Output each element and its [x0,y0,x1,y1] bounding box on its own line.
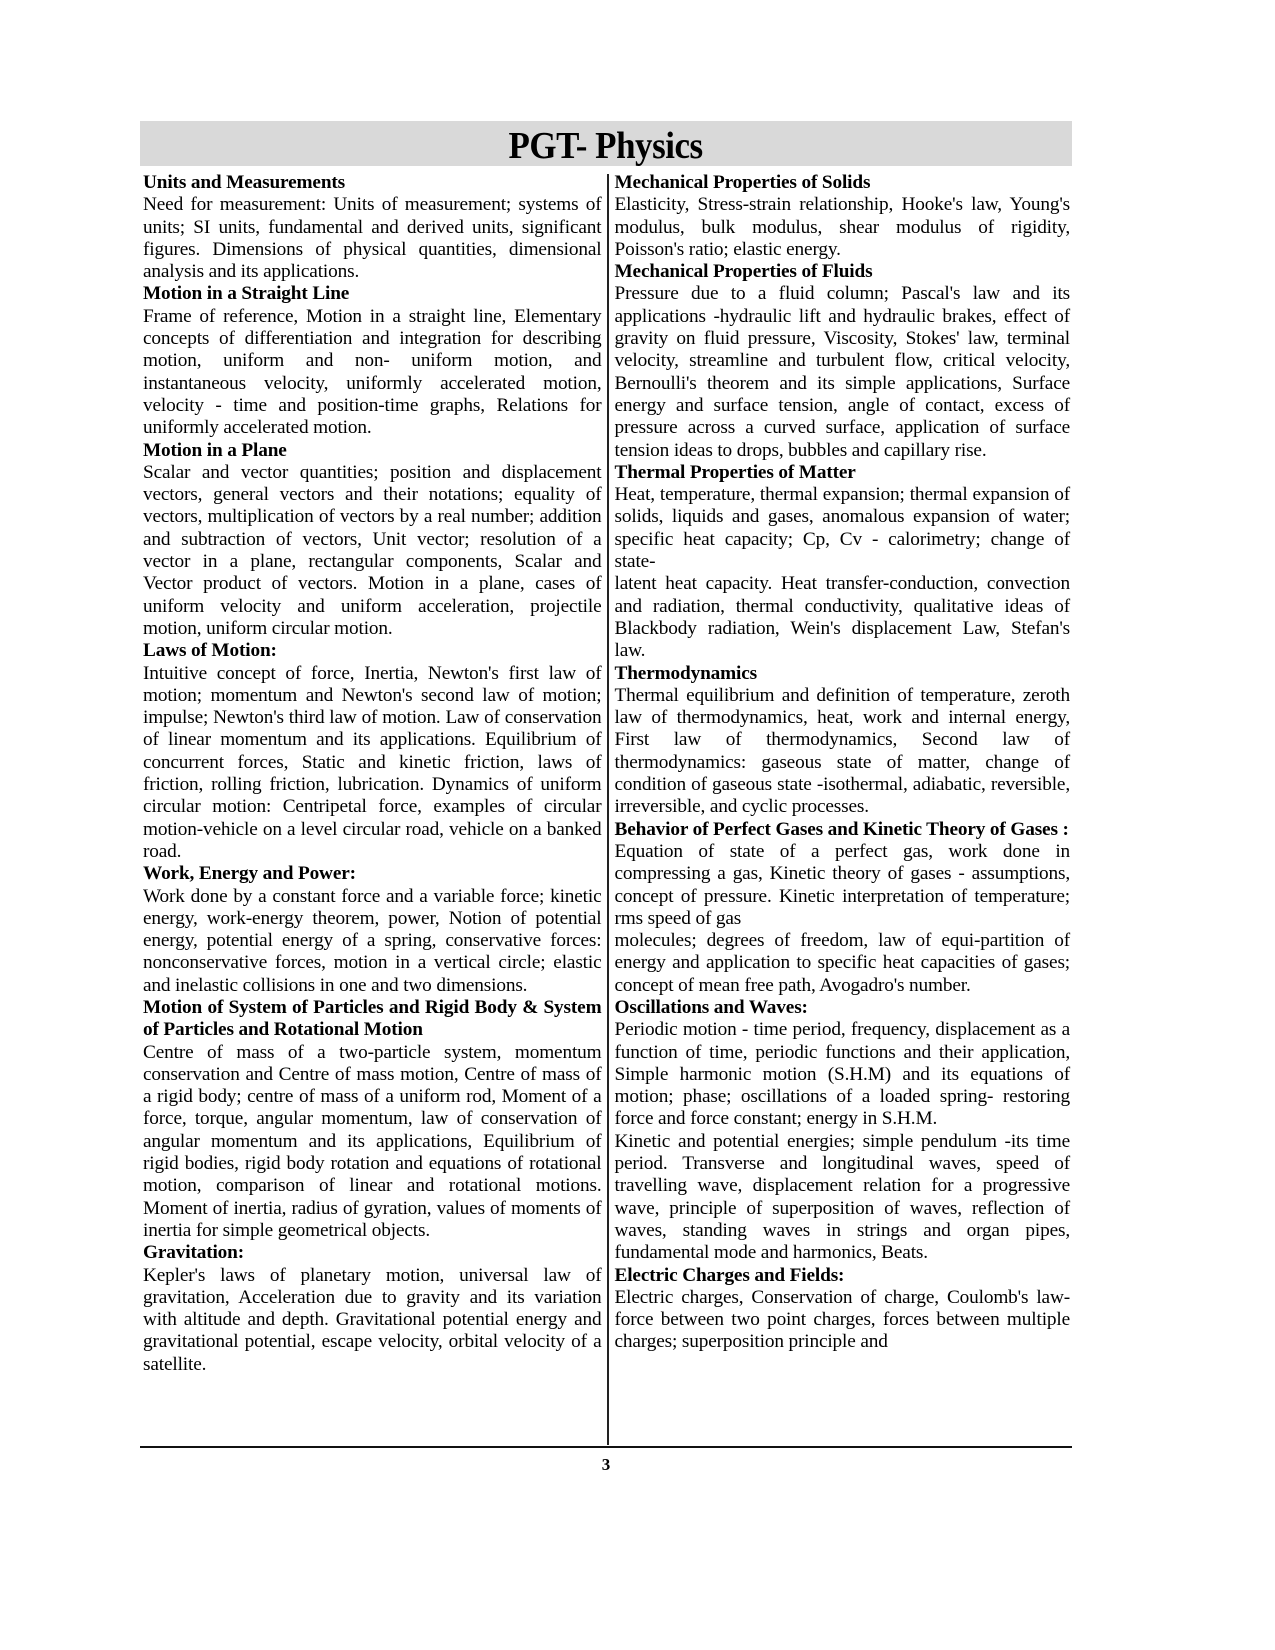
section-heading: Motion in a Plane [143,440,602,462]
section-kinetic-theory: Behavior of Perfect Gases and Kinetic Th… [615,819,1071,997]
section-system-of-particles: Motion of System of Particles and Rigid … [143,997,602,1242]
section-thermodynamics: Thermodynamics Thermal equilibrium and d… [615,663,1071,819]
section-heading: Thermal Properties of Matter [615,462,1071,484]
section-body: Pressure due to a fluid column; Pascal's… [615,283,1071,461]
section-heading: Motion in a Straight Line [143,283,602,305]
section-body: Work done by a constant force and a vari… [143,886,602,997]
section-heading: Gravitation: [143,1242,602,1264]
section-body-continued: Kinetic and potential energies; simple p… [615,1131,1071,1265]
section-body: Thermal equilibrium and definition of te… [615,685,1071,819]
section-body: Elasticity, Stress-strain relationship, … [615,194,1071,261]
right-column: Mechanical Properties of Solids Elastici… [609,172,1073,1445]
section-body: Kepler's laws of planetary motion, unive… [143,1265,602,1376]
page-number: 3 [0,1455,1212,1475]
section-body-continued: molecules; degrees of freedom, law of eq… [615,930,1071,997]
section-laws-of-motion: Laws of Motion: Intuitive concept of for… [143,640,602,863]
page-title: PGT- Physics [509,127,703,165]
section-work-energy-power: Work, Energy and Power: Work done by a c… [143,863,602,997]
bottom-rule [140,1446,1072,1448]
section-thermal-properties: Thermal Properties of Matter Heat, tempe… [615,462,1071,663]
section-body-continued: latent heat capacity. Heat transfer-cond… [615,573,1071,662]
section-body: Intuitive concept of force, Inertia, New… [143,663,602,864]
section-heading: Mechanical Properties of Fluids [615,261,1071,283]
section-body: Equation of state of a perfect gas, work… [615,841,1071,930]
section-units-measurements: Units and Measurements Need for measurem… [143,172,602,283]
syllabus-columns: Units and Measurements Need for measurem… [140,172,1072,1445]
section-heading: Mechanical Properties of Solids [615,172,1071,194]
section-mechanical-solids: Mechanical Properties of Solids Elastici… [615,172,1071,261]
section-heading: Oscillations and Waves: [615,997,1071,1019]
section-heading: Electric Charges and Fields: [615,1265,1071,1287]
section-heading: Motion of System of Particles and Rigid … [143,997,602,1042]
section-heading: Laws of Motion: [143,640,602,662]
section-heading: Units and Measurements [143,172,602,194]
left-column: Units and Measurements Need for measurem… [140,172,607,1445]
section-electric-charges: Electric Charges and Fields: Electric ch… [615,1265,1071,1354]
section-body: Periodic motion - time period, frequency… [615,1019,1071,1130]
section-heading: Work, Energy and Power: [143,863,602,885]
section-body: Heat, temperature, thermal expansion; th… [615,484,1071,573]
section-body: Frame of reference, Motion in a straight… [143,306,602,440]
section-body: Electric charges, Conservation of charge… [615,1287,1071,1354]
section-body: Need for measurement: Units of measureme… [143,194,602,283]
section-heading: Behavior of Perfect Gases and Kinetic Th… [615,819,1071,841]
page-title-bar: PGT- Physics [140,121,1072,166]
section-motion-straight-line: Motion in a Straight Line Frame of refer… [143,283,602,439]
section-gravitation: Gravitation: Kepler's laws of planetary … [143,1242,602,1376]
section-body: Scalar and vector quantities; position a… [143,462,602,640]
section-mechanical-fluids: Mechanical Properties of Fluids Pressure… [615,261,1071,462]
section-motion-plane: Motion in a Plane Scalar and vector quan… [143,440,602,641]
section-oscillations-waves: Oscillations and Waves: Periodic motion … [615,997,1071,1265]
section-body: Centre of mass of a two-particle system,… [143,1042,602,1243]
section-heading: Thermodynamics [615,663,1071,685]
